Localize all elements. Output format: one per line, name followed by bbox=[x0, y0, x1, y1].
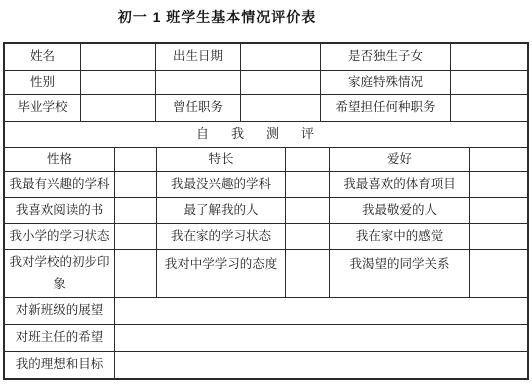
field-label: 我最敬爱的人 bbox=[330, 198, 470, 224]
blank-cell bbox=[115, 172, 157, 198]
field-label: 我喜欢阅读的书 bbox=[5, 198, 115, 224]
form-table: 姓名 出生日期 是否独生子女 性别 家庭特殊情况 毕业学校 曾任职务 希望担任何… bbox=[3, 42, 529, 380]
column-header: 特长 bbox=[157, 148, 286, 172]
blank-cell bbox=[470, 172, 527, 198]
field-label: 我的理想和目标 bbox=[5, 352, 115, 378]
blank-cell bbox=[115, 352, 527, 378]
field-label: 我小学的学习状态 bbox=[5, 224, 115, 250]
table-row: 性格 特长 爱好 bbox=[5, 148, 527, 172]
field-label: 希望担任何种职务 bbox=[321, 95, 451, 122]
blank-cell bbox=[241, 95, 321, 122]
table-row: 我对学校的初步印象 我对中学学习的态度 我渴望的同学关系 bbox=[5, 250, 527, 298]
field-label: 我在家的学习状态 bbox=[157, 224, 286, 250]
table-row: 对新班级的展望 bbox=[5, 298, 527, 325]
blank-cell bbox=[115, 298, 527, 325]
section-title: 自我测评 bbox=[5, 122, 527, 148]
table-row: 性别 家庭特殊情况 bbox=[5, 71, 527, 95]
field-label: 对新班级的展望 bbox=[5, 298, 115, 325]
field-label: 曾任职务 bbox=[156, 95, 241, 122]
blank-cell bbox=[286, 198, 330, 224]
blank-cell bbox=[286, 148, 330, 172]
field-label: 是否独生子女 bbox=[321, 44, 451, 71]
blank-cell bbox=[115, 224, 157, 250]
field-label: 出生日期 bbox=[156, 44, 241, 71]
field-label: 我对中学学习的态度 bbox=[157, 250, 286, 298]
blank-cell bbox=[470, 250, 527, 298]
blank-cell bbox=[81, 44, 156, 71]
field-label: 我最有兴趣的学科 bbox=[5, 172, 115, 198]
blank-cell bbox=[470, 148, 527, 172]
field-label: 性别 bbox=[5, 71, 81, 95]
blank-cell bbox=[470, 224, 527, 250]
field-label: 我最喜欢的体育项目 bbox=[330, 172, 470, 198]
blank-cell bbox=[115, 250, 157, 298]
field-label: 毕业学校 bbox=[5, 95, 81, 122]
blank-cell bbox=[451, 44, 527, 71]
blank-cell bbox=[115, 198, 157, 224]
table-row: 我最有兴趣的学科 我最没兴趣的学科 我最喜欢的体育项目 bbox=[5, 172, 527, 198]
blank-cell bbox=[451, 71, 527, 95]
blank-cell bbox=[115, 148, 157, 172]
field-label: 家庭特殊情况 bbox=[321, 71, 451, 95]
table-row: 我小学的学习状态 我在家的学习状态 我在家中的感觉 bbox=[5, 224, 527, 250]
table-row: 我的理想和目标 bbox=[5, 352, 527, 378]
field-label: 对班主任的希望 bbox=[5, 325, 115, 352]
field-label: 我渴望的同学关系 bbox=[330, 250, 470, 298]
blank-cell bbox=[470, 198, 527, 224]
table-row: 姓名 出生日期 是否独生子女 bbox=[5, 44, 527, 71]
blank-cell bbox=[286, 250, 330, 298]
field-label: 我对学校的初步印象 bbox=[5, 250, 115, 298]
field-label: 姓名 bbox=[5, 44, 81, 71]
blank-cell bbox=[156, 71, 241, 95]
field-label: 我最没兴趣的学科 bbox=[157, 172, 286, 198]
blank-cell bbox=[286, 172, 330, 198]
blank-cell bbox=[81, 71, 156, 95]
blank-cell bbox=[241, 44, 321, 71]
section-header-row: 自我测评 bbox=[5, 122, 527, 148]
column-header: 性格 bbox=[5, 148, 115, 172]
field-label: 我在家中的感觉 bbox=[330, 224, 470, 250]
form-page: 初一 1 班学生基本情况评价表 姓名 出生日期 是否独生子女 性别 家庭特殊情况… bbox=[0, 0, 532, 386]
table-row: 我喜欢阅读的书 最了解我的人 我最敬爱的人 bbox=[5, 198, 527, 224]
table-row: 对班主任的希望 bbox=[5, 325, 527, 352]
field-label: 最了解我的人 bbox=[157, 198, 286, 224]
blank-cell bbox=[81, 95, 156, 122]
column-header: 爱好 bbox=[330, 148, 470, 172]
table-row: 毕业学校 曾任职务 希望担任何种职务 bbox=[5, 95, 527, 122]
blank-cell bbox=[241, 71, 321, 95]
blank-cell bbox=[451, 95, 527, 122]
page-title: 初一 1 班学生基本情况评价表 bbox=[0, 7, 532, 27]
blank-cell bbox=[286, 224, 330, 250]
blank-cell bbox=[115, 325, 527, 352]
